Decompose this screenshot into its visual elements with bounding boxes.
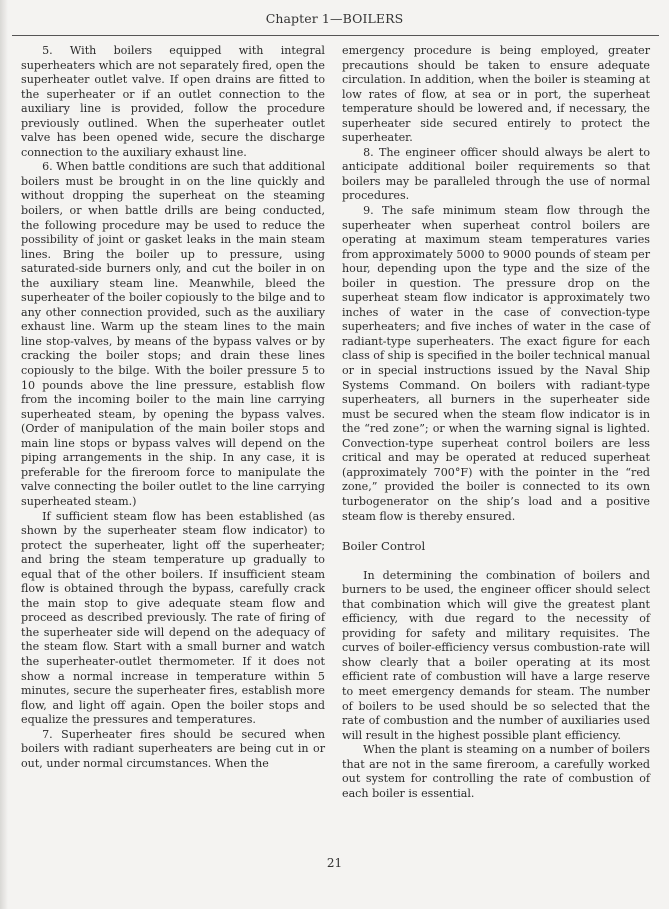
left-column: 5. With boilers equipped with integral s…	[21, 44, 325, 771]
paragraph-6: 6. When battle conditions are such that …	[21, 160, 325, 509]
section-heading-boiler-control: Boiler Control	[342, 539, 650, 554]
right-column: emergency procedure is being employed, g…	[342, 44, 650, 801]
paragraph-8: 8. The engineer officer should always be…	[342, 146, 650, 204]
running-head: Chapter 1—BOILERS	[0, 11, 669, 26]
paragraph-6-continued: If sufficient steam flow has been establ…	[21, 510, 325, 728]
page-gutter-shadow	[0, 0, 8, 909]
paragraph-7-continued: emergency procedure is being employed, g…	[342, 44, 650, 146]
paragraph-5: 5. With boilers equipped with integral s…	[21, 44, 325, 160]
page-number: 21	[0, 856, 669, 870]
paragraph-9: 9. The safe minimum steam flow through t…	[342, 204, 650, 524]
boiler-control-paragraph-1: In determining the combination of boiler…	[342, 569, 650, 744]
header-rule	[12, 35, 659, 36]
paragraph-7: 7. Superheater fires should be secured w…	[21, 728, 325, 772]
boiler-control-paragraph-2: When the plant is steaming on a number o…	[342, 743, 650, 801]
